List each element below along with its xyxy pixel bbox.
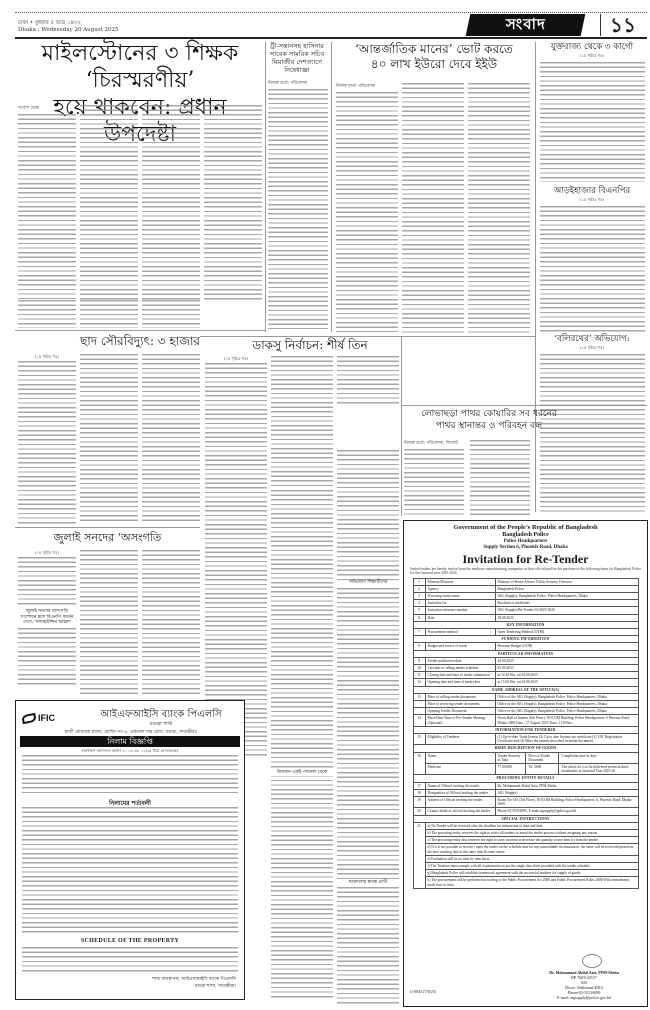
table-cell: at 15.00 Hrs. on 04.09.2025: [495, 679, 638, 686]
table-cell: Designation of Official inviting the ten…: [425, 789, 495, 796]
special-instruction-row: h) The procurement will be performed acc…: [413, 877, 638, 888]
ex-secretary-article: নিজস্ব বার্তা পরিবেশক: [268, 80, 328, 330]
uk-cargo-headline: যুক্তরাজ্য থেকে ৩ কার্গো (১ম পৃষ্ঠার পর): [538, 42, 646, 60]
table-cell: Office of the AIG (Supply), Bangladesh P…: [495, 700, 638, 707]
table-section-heading: PARTICULAR INFORMATION: [413, 650, 638, 657]
table-cell: 03.09.2025: [495, 664, 638, 671]
table-cell: h) The procurement will be performed acc…: [425, 877, 638, 888]
section-rule: [200, 336, 535, 337]
allegation-headline: ‘বলিরথের’ অভিযোগ: (১ম পৃষ্ঠার পর): [538, 334, 646, 352]
special-instruction-row: b) The procuring entity reserves the rig…: [413, 830, 638, 837]
table-section-heading: BRIEF DESCRIPTION OF GOODS: [413, 745, 638, 752]
ific-signatory: শাখা ব্যবস্থাপক, আইএফআইসি ব্যাংক পিএলসি …: [152, 976, 236, 990]
july-charter-subhead: জুলাই সনদের অসংগতি সংশোধন হলে বিএনপি সমর…: [18, 609, 76, 626]
lobachhara-article-col-2: [470, 440, 530, 515]
table-cell: 15: [413, 733, 425, 744]
newspaper-masthead-logo: সংবাদ: [466, 14, 586, 36]
table-cell: Closing date and time of tender submissi…: [425, 672, 495, 679]
table-cell: 12: [413, 679, 425, 686]
ific-logo-icon: [21, 712, 36, 723]
table-section-heading: KEY INFORMATION: [413, 621, 638, 628]
table-cell: 3: [413, 592, 425, 599]
special-instruction-row: e) Evaluation will be on item by item ba…: [413, 855, 638, 862]
solar-article-col-1: (১ম পৃষ্ঠার পর): [18, 354, 76, 524]
top-dotted-rule: [15, 12, 647, 13]
eu-vote-article-col-1: নিজস্ব বার্তা পরিবেশক: [336, 83, 398, 333]
table-row: Opening Tender DocumentOffice of the AIG…: [413, 708, 638, 715]
special-instruction-row: g) Bangladesh Police will establish fram…: [413, 870, 638, 877]
special-instruction-row: f) The Tenderer must comply with all req…: [413, 863, 638, 870]
ducsu-subhead: ছাত্রদলের স্বতন্ত্র প্রার্থী: [337, 880, 399, 886]
header-rule: [15, 37, 647, 39]
table-cell: 10: [413, 664, 425, 671]
table-cell: Last date of selling tender schedule: [425, 664, 495, 671]
ific-act-line: (অর্থঋণ আদালত আইন-২০০৩ এর ১২(৩) ধারা মোত…: [20, 748, 240, 755]
table-cell: Revenue Budget (GOB): [495, 643, 638, 650]
table-cell: Purchase of medicines: [495, 600, 638, 607]
table-cell: 19: [413, 797, 425, 808]
solar-article-col-3: [142, 354, 200, 524]
table-cell: 8: [413, 643, 425, 650]
ific-schedule-body: [22, 947, 238, 973]
ducsu-article-col-4: [337, 450, 399, 1005]
table-cell: Place of receiving tender documents: [425, 700, 495, 707]
table-cell: 2: [413, 585, 425, 592]
table-cell: Agency: [425, 585, 495, 592]
ducsu-article-col-2b: [271, 490, 333, 1000]
table-row: 10Last date of selling tender schedule03…: [413, 664, 638, 671]
table-cell: 4: [413, 600, 425, 607]
table-cell: The whole lot is to be delivered in one/…: [559, 763, 638, 774]
table-cell: Name of Official inviting the tender: [425, 782, 495, 789]
table-cell: Room No-510 (3rd Floor), NOCOM Building,…: [495, 797, 638, 808]
table-cell: b) The procuring entity reserves the rig…: [425, 830, 638, 837]
solar-article-col-2: [80, 354, 138, 524]
tender-agency: Bangladesh Police: [404, 532, 647, 539]
table-cell: Eligibility of Tenderer: [425, 733, 495, 744]
column-divider: [401, 336, 402, 516]
ific-terms-list: [22, 807, 238, 935]
ducsu-subhead: তিনজন একই প্যানেল থেকে: [271, 770, 333, 776]
table-cell: Tk. 3000: [526, 763, 559, 774]
table-cell: Bangladesh Police: [495, 585, 638, 592]
table-row: 12Opening date and time of tender boxat …: [413, 679, 638, 686]
table-cell: Invitation for: [425, 600, 495, 607]
table-row: 1Ministry/DivisionMinistry of Home Affai…: [413, 578, 638, 585]
table-row: 20Contact detail of official inviting th…: [413, 808, 638, 815]
table-cell: 7: [413, 628, 425, 635]
table-cell: Ministry of Home Affairs; Public Securit…: [495, 578, 638, 585]
ducsu-article-col-3: [337, 356, 399, 406]
table-cell: at 14.30 Hrs. on 04.09.2025: [495, 672, 638, 679]
table-cell: NAME ADDRESS OF THE OFFICE(S): [413, 686, 638, 693]
table-section-heading: PROCURING ENTITY DETAILS: [413, 775, 638, 782]
table-row: 11Closing date and time of tender submis…: [413, 672, 638, 679]
special-instruction-row: d) If it is not possible to receive / op…: [413, 844, 638, 855]
table-cell: Address of Official inviting the tender: [425, 797, 495, 808]
tender-signatory: Dr. Mohammad Abdul Aziz, PPM-Sheba BP 76…: [529, 970, 639, 1000]
ducsu-headline: ডাকসু নির্বাচন: শীর্ষ তিন: [210, 338, 410, 353]
lead-article-col-2: [80, 105, 138, 300]
table-row: 9Tender publication date20.08.2025: [413, 657, 638, 664]
table-cell: Price of Tender Document: [526, 752, 559, 763]
table-cell: a) No Tender will be received after the …: [425, 822, 638, 829]
table-row: 2AgencyBangladesh Police: [413, 585, 638, 592]
table-cell: e) Evaluation will be on item by item ba…: [425, 855, 638, 862]
table-cell: AIG (Supply): [495, 789, 638, 796]
table-section-heading: INFORMATION FOR TENDERER: [413, 726, 638, 733]
table-row: 19Address of Official inviting the tende…: [413, 797, 638, 808]
table-cell: Office of the AIG (Supply), Bangladesh P…: [495, 693, 638, 700]
issue-date-bangla: ঢাকা • বুধবার ৫ ভাদ্র ১৪৩২: [18, 20, 119, 27]
table-cell: Procurement method: [425, 628, 495, 635]
july-charter-article-col-1: (১ম পৃষ্ঠার পর) জুলাই সনদের অসংগতি সংশোধ…: [18, 550, 76, 695]
table-row: 18Designation of Official inviting the t…: [413, 789, 638, 796]
issue-date-english: Dhaka : Wednesday 20 August 2025: [18, 27, 119, 34]
table-section-heading: NAME ADDRESS OF THE OFFICE(S): [413, 686, 638, 693]
table-cell: 1: [413, 578, 425, 585]
lead-article-col-1b: [18, 300, 76, 328]
table-cell: KEY INFORMATION: [413, 621, 638, 628]
table-row: Place of receiving tender documentsOffic…: [413, 700, 638, 707]
table-cell: c) The procuring entity also reserves th…: [425, 837, 638, 844]
table-cell: AIG (Supply), Bangladesh Police, Police …: [495, 592, 638, 599]
police-tender-notice-ad: Government of the People’s Republic of B…: [403, 520, 648, 1007]
table-cell: Name: [425, 752, 495, 763]
signature-stamp-icon: [582, 954, 602, 968]
ific-branch: বগুড়া শাখা: [86, 721, 236, 729]
section-rule: [15, 330, 265, 331]
table-cell: (1) Up-to-date Trade license (2) Up to d…: [495, 733, 638, 744]
tender-gov-line: Government of the People’s Republic of B…: [404, 524, 647, 532]
araihazar-article: [540, 206, 645, 334]
july-charter-headline: জুলাই সনদের ‘অসংগতি: [15, 530, 200, 545]
table-cell: Procuring entity name: [425, 592, 495, 599]
table-section-heading: SPECIAL INSTRUCTIONS: [413, 815, 638, 822]
table-row: 8Budget and source of fundsRevenue Budge…: [413, 643, 638, 650]
table-cell: d) If it is not possible to receive / op…: [425, 844, 638, 855]
ific-logo: IFIC: [22, 713, 55, 723]
table-cell: 16: [413, 752, 425, 775]
table-cell: INFORMATION FOR TENDERER: [413, 726, 638, 733]
table-cell: 20.08.2025: [495, 657, 638, 664]
table-cell: FUNDING INFORMATION: [413, 636, 638, 643]
page-number: ১১: [600, 14, 645, 36]
table-cell: Tender Security in Taka: [495, 752, 526, 763]
lobachhara-article-col-1: নিজস্ব বার্তা পরিবেশক, সিলেট: [404, 440, 464, 515]
ducsu-article-col-2: [271, 356, 333, 486]
goods-row: Medicine77,50,000Tk. 3000The whole lot i…: [413, 763, 638, 774]
table-row: 15Eligibility of Tenderer(1) Up-to-date …: [413, 733, 638, 744]
table-cell: 17: [413, 782, 425, 789]
table-cell: 18.08.2025: [495, 614, 638, 621]
table-cell: Date: [425, 614, 495, 621]
table-row: 7Procurement methodOpen Tendering Method…: [413, 628, 638, 635]
ducsu-article-col-1: (১ম পৃষ্ঠার পর): [205, 356, 267, 756]
allegation-article: [540, 354, 645, 514]
table-row: 13Place of selling tender documentsOffic…: [413, 693, 638, 700]
section-rule: [402, 405, 647, 406]
table-cell: 77,50,000: [495, 763, 526, 774]
table-cell: 6: [413, 614, 425, 621]
table-cell: BRIEF DESCRIPTION OF GOODS: [413, 745, 638, 752]
table-cell: [413, 708, 425, 715]
section-rule: [15, 527, 200, 528]
table-cell: AIG (Supply)/Re-Tender-01/2025-2026: [495, 607, 638, 614]
lead-article-col-3: [142, 105, 200, 300]
table-row: 5Invitation reference numberAIG (Supply)…: [413, 607, 638, 614]
table-row: 17Name of Official inviting the tenderDr…: [413, 782, 638, 789]
table-cell: Place of selling tender documents: [425, 693, 495, 700]
table-cell: Invitation reference number: [425, 607, 495, 614]
araihazar-headline: আড়ইহাজার বিএনপির (১ম পৃষ্ঠার পর): [538, 186, 646, 204]
july-charter-article-col-2: [80, 550, 138, 695]
table-cell: Contact detail of official inviting the …: [425, 808, 495, 815]
ducsu-subhead: অভিযোগ শিক্ষার্থীদের: [337, 580, 399, 586]
table-cell: Medicine: [425, 763, 495, 774]
table-cell: 13: [413, 693, 425, 700]
table-row: 3Procuring entity nameAIG (Supply), Bang…: [413, 592, 638, 599]
lead-article-col-1: সংবাদ ডেস্ক: [18, 105, 76, 300]
table-cell: Tender publication date: [425, 657, 495, 664]
table-cell: Ministry/Division: [425, 578, 495, 585]
table-row: 14Place/Date/Time of Pre-Tender Meeting …: [413, 715, 638, 726]
table-cell: Completion time in days: [559, 752, 638, 763]
tender-ref-code: G-0845 (7/8/25): [410, 989, 436, 994]
eu-vote-headline: ‘আন্তর্জাতিক মানের’ ভোট করতে ৪০ লাখ ইউরো…: [334, 42, 534, 72]
table-cell: PARTICULAR INFORMATION: [413, 650, 638, 657]
tender-section: Supply Section 6, Phoenix Road, Dhaka: [404, 545, 647, 551]
eu-vote-article-col-2: [402, 83, 464, 333]
table-cell: Office of the AIG (Supply), Bangladesh P…: [495, 708, 638, 715]
table-cell: SPECIAL INSTRUCTIONS: [413, 815, 638, 822]
tender-intro: Sealed tenders are hereby invited from t…: [404, 567, 647, 576]
table-cell: g) Bangladesh Police will establish fram…: [425, 870, 638, 877]
column-divider: [265, 42, 266, 332]
table-cell: PROCURING ENTITY DETAILS: [413, 775, 638, 782]
table-cell: 21: [413, 822, 425, 888]
table-cell: f) The Tenderer must comply with all req…: [425, 863, 638, 870]
table-cell: 20: [413, 808, 425, 815]
lead-article-col-4: [204, 105, 262, 300]
tender-title: Invitation for Re-Tender: [404, 552, 647, 566]
table-cell: 5: [413, 607, 425, 614]
lead-article-col-3b: [142, 300, 200, 328]
goods-header-row: 16NameTender Security in TakaPrice of Te…: [413, 752, 638, 763]
table-cell: 11: [413, 672, 425, 679]
table-cell: Budget and source of funds: [425, 643, 495, 650]
special-instruction-row: c) The procuring entity also reserves th…: [413, 837, 638, 844]
column-divider: [535, 42, 536, 512]
ific-schedule-title: SCHEDULE OF THE PROPERTY: [20, 938, 240, 944]
eu-vote-article-col-3: [468, 83, 530, 333]
table-cell: 9: [413, 657, 425, 664]
table-cell: 14: [413, 715, 425, 726]
uk-cargo-article: [540, 62, 645, 182]
table-cell: 18: [413, 789, 425, 796]
table-section-heading: FUNDING INFORMATION: [413, 636, 638, 643]
table-cell: Opening Tender Document: [425, 708, 495, 715]
ific-notice-title: নিলাম বিজ্ঞপ্তি: [20, 736, 240, 747]
special-instruction-row: 21a) No Tender will be received after th…: [413, 822, 638, 829]
table-row: 6Date18.08.2025: [413, 614, 638, 621]
column-divider: [331, 42, 332, 332]
table-row: 4Invitation forPurchase of medicines: [413, 600, 638, 607]
table-cell: Opening date and time of tender box: [425, 679, 495, 686]
table-cell: Noori Hall of Intense (6th Floor), NOCOM…: [495, 715, 638, 726]
table-cell: Open Tendering Method (OTM): [495, 628, 638, 635]
lobachhara-headline: লোভাছড়া পাথর কোয়ারির সব ধরনের পাথর স্থ…: [404, 408, 574, 432]
lead-article-col-2b: [80, 300, 138, 328]
table-cell: Dr. Mohammad Abdul Aziz, PPM-Sheba: [495, 782, 638, 789]
july-charter-article-col-3: [142, 550, 200, 695]
ex-secretary-headline: ট্রী-সন্তানসহ হাসিনার সাবেক সামরিক সচিব …: [266, 42, 328, 74]
tender-table: 1Ministry/DivisionMinistry of Home Affai…: [413, 578, 639, 889]
ific-auction-notice-ad: IFIC আইএফআইসি ব্যাংক পিএলসি বগুড়া শাখা …: [15, 700, 245, 1000]
table-cell: Phone-02-55516099, E-mail:aigsupply@poli…: [495, 808, 638, 815]
table-cell: Place/Date/Time of Pre-Tender Meeting (O…: [425, 715, 495, 726]
ific-address: হাজী মোবারক প্লাজা, হোল্ডিং নং-৪, একতলা …: [26, 729, 236, 736]
ific-notice-body: [22, 755, 238, 795]
issue-date: ঢাকা • বুধবার ৫ ভাদ্র ১৪৩২ Dhaka : Wedne…: [18, 20, 119, 34]
table-cell: [413, 700, 425, 707]
